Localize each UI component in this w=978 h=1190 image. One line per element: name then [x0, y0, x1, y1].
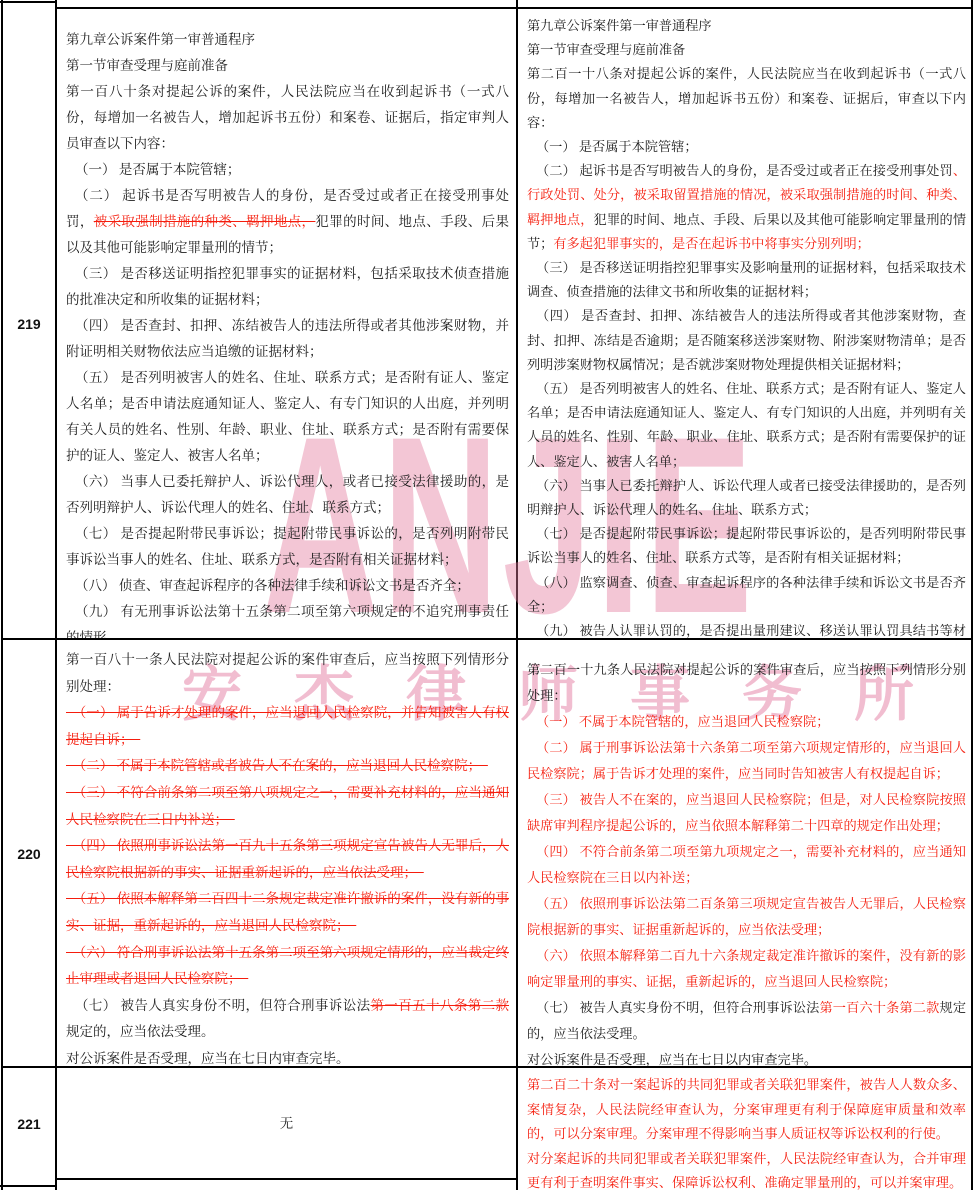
text-run: （四） 是否查封、扣押、冻结被告人的违法所得或者其他涉案财物，并附证明相关财物依… — [66, 318, 509, 359]
new-version-text-cell: 第二百一十九条人民法院对提起公诉的案件审查后，应当按照下列情形分别处理：（一） … — [518, 641, 973, 1066]
text-run: 对公诉案件是否受理，应当在七日以内审查完毕。 — [527, 1052, 817, 1066]
paragraph: （三） 是否移送证明指控犯罪事实的证据材料，包括采取技术侦查措施的批准决定和所收… — [66, 261, 509, 313]
paragraph: （四） 是否查封、扣押、冻结被告人的违法所得或者其他涉案财物，并附证明相关财物依… — [66, 313, 509, 365]
text-run: （一） 是否属于本院管辖； — [75, 162, 240, 177]
revised-text-run: 对分案起诉的共同犯罪或者关联犯罪案件，人民法院经审查认为，合并审理更有利于查明案… — [527, 1151, 966, 1190]
paragraph: 第一百八十条对提起公诉的案件，人民法院应当在收到起诉书（一式八份，每增加一名被告… — [66, 79, 509, 157]
paragraph: （一） 是否属于本院管辖； — [66, 157, 509, 183]
paragraph: （四） 是否查封、扣押、冻结被告人的违法所得或者其他涉案财物，查封、扣押、冻结是… — [527, 304, 966, 377]
deleted-text-run: （六） 符合刑事诉讼法第十五条第二项至第六项规定情形的，应当裁定终止审理或者退回… — [66, 945, 509, 987]
paragraph: 第一节审查受理与庭前准备 — [527, 38, 966, 62]
paragraph: 对分案起诉的共同犯罪或者关联犯罪案件，人民法院经审查认为，合并审理更有利于查明案… — [527, 1147, 966, 1190]
revised-text-run: （六） 依照本解释第二百九十六条规定裁定准许撤诉的案件，没有新的影响定罪量刑的事… — [527, 948, 966, 989]
new-version-text-cell: 第二百二十条对一案起诉的共同犯罪或者关联犯罪案件，被告人人数众多、案情复杂，人民… — [518, 1069, 973, 1190]
paragraph: （二） 起诉书是否写明被告人的身份，是否受过或者正在接受刑事处罚，被采取强制措施… — [66, 183, 509, 261]
paragraph: （三） 是否移送证明指控犯罪事实及影响量刑的证据材料，包括采取技术调查、侦查措施… — [527, 256, 966, 304]
text-run: 第一节审查受理与庭前准备 — [527, 42, 685, 57]
text-run: 第一百八十条对提起公诉的案件，人民法院应当在收到起诉书（一式八份，每增加一名被告… — [66, 84, 509, 151]
paragraph: （六） 当事人已委托辩护人、诉讼代理人或者已接受法律援助的，是否列明辩护人、诉讼… — [527, 474, 966, 522]
paragraph: （五） 是否列明被害人的姓名、住址、联系方式；是否附有证人、鉴定人名单；是否申请… — [527, 377, 966, 474]
paragraph: 第一节审查受理与庭前准备 — [66, 53, 509, 79]
text-run: （五） 是否列明被害人的姓名、住址、联系方式；是否附有证人、鉴定人名单；是否申请… — [66, 370, 509, 463]
revised-text-run: （四） 不符合前条第二项至第九项规定之一，需要补充材料的，应当通知人民检察院在三… — [527, 844, 966, 885]
revised-text-run: （三） 被告人不在案的，应当退回人民检察院；但是，对人民检察院按照缺席审判程序提… — [527, 792, 966, 833]
paragraph: （九） 有无刑事诉讼法第十五条第二项至第六项规定的不追究刑事责任的情形。 — [66, 599, 509, 638]
paragraph: 对公诉案件是否受理，应当在七日内审查完毕。 — [66, 1046, 509, 1066]
paragraph: （一） 不属于本院管辖的，应当退回人民检察院； — [527, 709, 966, 735]
old-version-empty-cell: 无 — [57, 1069, 516, 1178]
text-run: （六） 当事人已委托辩护人、诉讼代理人或者已接受法律援助的，是否列明辩护人、诉讼… — [527, 478, 966, 517]
revised-text-run: 有多起犯罪事实的，是否在起诉书中将事实分别列明； — [553, 236, 870, 251]
old-version-text-cell: 第一百八十一条人民法院对提起公诉的案件审查后，应当按照下列情形分别处理： （一）… — [57, 641, 516, 1066]
deleted-text-run: （三） 不符合前条第二项至第八项规定之一，需要补充材料的，应当通知人民检察院在三… — [66, 785, 509, 827]
text-run: （八） 监察调查、侦查、审查起诉程序的各种法律手续和诉讼文书是否齐全； — [527, 575, 966, 614]
row-number-cell: 221 — [3, 1069, 55, 1178]
text-run: 无 — [280, 1116, 294, 1131]
text-run: （二） 起诉书是否写明被告人的身份，是否受过或者正在接受刑事处罚 — [536, 163, 953, 178]
paragraph: （六） 依照本解释第二百九十六条规定裁定准许撤诉的案件，没有新的影响定罪量刑的事… — [527, 943, 966, 995]
deleted-text-run: 第一百五十八条第二款 — [370, 998, 509, 1013]
text-run: 第九章公诉案件第一审普通程序 — [527, 18, 712, 33]
paragraph: （三） 不符合前条第二项至第八项规定之一，需要补充材料的，应当通知人民检察院在三… — [66, 780, 509, 833]
paragraph: （六） 符合刑事诉讼法第十五条第二项至第六项规定情形的，应当裁定终止审理或者退回… — [66, 940, 509, 993]
row-number-cell: 219 — [3, 9, 55, 638]
paragraph: （八） 侦查、审查起诉程序的各种法律手续和诉讼文书是否齐全； — [66, 573, 509, 599]
text-run: （七） 被告人真实身份不明，但符合刑事诉讼法 — [75, 998, 370, 1013]
paragraph: （四） 依照刑事诉讼法第一百九十五条第三项规定宣告被告人无罪后，人民检察院根据新… — [66, 833, 509, 886]
table-border-line — [55, 1178, 518, 1180]
deleted-text-run: （一） 属于告诉才处理的案件，应当退回人民检察院，并告知被害人有权提起自诉； — [66, 705, 509, 747]
text-run: （七） 是否提起附带民事诉讼；提起附带民事诉讼的，是否列明附带民事诉讼当事人的姓… — [527, 526, 966, 565]
paragraph: （二） 起诉书是否写明被告人的身份，是否受过或者正在接受刑事处罚、行政处罚、处分… — [527, 159, 966, 256]
text-run: （九） 有无刑事诉讼法第十五条第二项至第六项规定的不追究刑事责任的情形。 — [66, 604, 509, 638]
paragraph: （三） 被告人不在案的，应当退回人民检察院；但是，对人民检察院按照缺席审判程序提… — [527, 787, 966, 839]
paragraph: 第九章公诉案件第一审普通程序 — [527, 14, 966, 38]
paragraph: （一） 是否属于本院管辖； — [527, 135, 966, 159]
text-run: （三） 是否移送证明指控犯罪事实的证据材料，包括采取技术侦查措施的批准决定和所收… — [66, 266, 509, 307]
text-run: 第九章公诉案件第一审普通程序 — [66, 32, 255, 47]
paragraph: （二） 属于刑事诉讼法第十六条第二项至第六项规定情形的，应当退回人民检察院；属于… — [527, 735, 966, 787]
paragraph: 第二百二十条对一案起诉的共同犯罪或者关联犯罪案件，被告人人数众多、案情复杂，人民… — [527, 1073, 966, 1147]
text-run: 第一百八十一条人民法院对提起公诉的案件审查后，应当按照下列情形分别处理： — [66, 652, 509, 694]
revised-text-run: 第一百六十条第二款 — [819, 1000, 939, 1015]
text-run: 第二百一十九条人民法院对提起公诉的案件审查后，应当按照下列情形分别处理： — [527, 662, 966, 703]
old-version-text-cell: 第九章公诉案件第一审普通程序第一节审查受理与庭前准备第一百八十条对提起公诉的案件… — [57, 9, 516, 638]
revised-text-run: （一） 不属于本院管辖的，应当退回人民检察院； — [536, 714, 829, 729]
text-run: （六） 当事人已委托辩护人、诉讼代理人，或者已接受法律援助的，是否列明辩护人、诉… — [66, 474, 509, 515]
text-run: （三） 是否移送证明指控犯罪事实及影响量刑的证据材料，包括采取技术调查、侦查措施… — [527, 260, 966, 299]
paragraph: 第二百一十九条人民法院对提起公诉的案件审查后，应当按照下列情形分别处理： — [527, 657, 966, 709]
revised-text-run: （五） 依照刑事诉讼法第二百条第三项规定宣告被告人无罪后，人民检察院根据新的事实… — [527, 896, 966, 937]
paragraph: （二） 不属于本院管辖或者被告人不在案的，应当退回人民检察院； — [66, 753, 509, 780]
text-run: 对公诉案件是否受理，应当在七日内审查完毕。 — [66, 1051, 350, 1066]
table-border-line — [0, 1185, 57, 1187]
deleted-text-run: 被采取强制措施的种类、羁押地点， — [94, 214, 316, 229]
paragraph: （五） 是否列明被害人的姓名、住址、联系方式；是否附有证人、鉴定人名单；是否申请… — [66, 365, 509, 469]
paragraph: （七） 是否提起附带民事诉讼；提起附带民事诉讼的，是否列明附带民事诉讼当事人的姓… — [66, 521, 509, 573]
paragraph: （七） 被告人真实身份不明，但符合刑事诉讼法第一百五十八条第二款规定的，应当依法… — [66, 993, 509, 1046]
text-run: 规定的，应当依法受理。 — [66, 1024, 215, 1039]
text-run: 第二百一十八条对提起公诉的案件，人民法院应当在收到起诉书（一式八份，每增加一名被… — [527, 66, 966, 129]
row-number-cell: 220 — [3, 641, 55, 1066]
revised-text-run: （二） 属于刑事诉讼法第十六条第二项至第六项规定情形的，应当退回人民检察院；属于… — [527, 740, 966, 781]
paragraph: 第九章公诉案件第一审普通程序 — [66, 27, 509, 53]
new-version-text-cell: 第九章公诉案件第一审普通程序第一节审查受理与庭前准备第二百一十八条对提起公诉的案… — [518, 9, 973, 638]
deleted-text-run: （四） 依照刑事诉讼法第一百九十五条第三项规定宣告被告人无罪后，人民检察院根据新… — [66, 838, 509, 880]
table-border-line — [0, 1, 57, 3]
deleted-text-run: （五） 依照本解释第二百四十二条规定裁定准许撤诉的案件，没有新的事实、证据，重新… — [66, 891, 509, 933]
paragraph: （五） 依照本解释第二百四十二条规定裁定准许撤诉的案件，没有新的事实、证据，重新… — [66, 886, 509, 939]
document-page: ANJIE 安杰律师事务所 219 220 221 第九章公诉案件第一审普通程序… — [0, 0, 978, 1190]
text-run: （四） 是否查封、扣押、冻结被告人的违法所得或者其他涉案财物，查封、扣押、冻结是… — [527, 308, 966, 371]
text-run: （五） 是否列明被害人的姓名、住址、联系方式；是否附有证人、鉴定人名单；是否申请… — [527, 381, 966, 469]
paragraph: 无 — [280, 1111, 294, 1137]
deleted-text-run: （二） 不属于本院管辖或者被告人不在案的，应当退回人民检察院； — [66, 758, 488, 773]
text-run: （一） 是否属于本院管辖； — [536, 139, 698, 154]
paragraph: （八） 监察调查、侦查、审查起诉程序的各种法律手续和诉讼文书是否齐全； — [527, 571, 966, 619]
paragraph: 对公诉案件是否受理，应当在七日以内审查完毕。 — [527, 1047, 966, 1066]
text-run: （七） 被告人真实身份不明，但符合刑事诉讼法 — [536, 1000, 819, 1015]
text-run: （九） 被告人认罪认罚的，是否提出量刑建议、移送认罪认罚具结书等材料； — [527, 623, 966, 638]
paragraph: （七） 是否提起附带民事诉讼；提起附带民事诉讼的，是否列明附带民事诉讼当事人的姓… — [527, 522, 966, 570]
table-border-line — [1, 1066, 973, 1068]
paragraph: （六） 当事人已委托辩护人、诉讼代理人，或者已接受法律援助的，是否列明辩护人、诉… — [66, 469, 509, 521]
text-run: （八） 侦查、审查起诉程序的各种法律手续和诉讼文书是否齐全； — [75, 578, 470, 593]
paragraph: （七） 被告人真实身份不明，但符合刑事诉讼法第一百六十条第二款规定的，应当依法受… — [527, 995, 966, 1047]
revised-text-run: 第二百二十条对一案起诉的共同犯罪或者关联犯罪案件，被告人人数众多、案情复杂，人民… — [527, 1077, 966, 1141]
paragraph: 第二百一十八条对提起公诉的案件，人民法院应当在收到起诉书（一式八份，每增加一名被… — [527, 62, 966, 135]
text-run: （七） 是否提起附带民事诉讼；提起附带民事诉讼的，是否列明附带民事诉讼当事人的姓… — [66, 526, 509, 567]
paragraph: （九） 被告人认罪认罚的，是否提出量刑建议、移送认罪认罚具结书等材料； — [527, 619, 966, 638]
paragraph: 第一百八十一条人民法院对提起公诉的案件审查后，应当按照下列情形分别处理： — [66, 647, 509, 700]
text-run: 第一节审查受理与庭前准备 — [66, 58, 228, 73]
paragraph: （四） 不符合前条第二项至第九项规定之一，需要补充材料的，应当通知人民检察院在三… — [527, 839, 966, 891]
table-border-line — [1, 638, 973, 640]
paragraph: （一） 属于告诉才处理的案件，应当退回人民检察院，并告知被害人有权提起自诉； — [66, 700, 509, 753]
paragraph: （五） 依照刑事诉讼法第二百条第三项规定宣告被告人无罪后，人民检察院根据新的事实… — [527, 891, 966, 943]
